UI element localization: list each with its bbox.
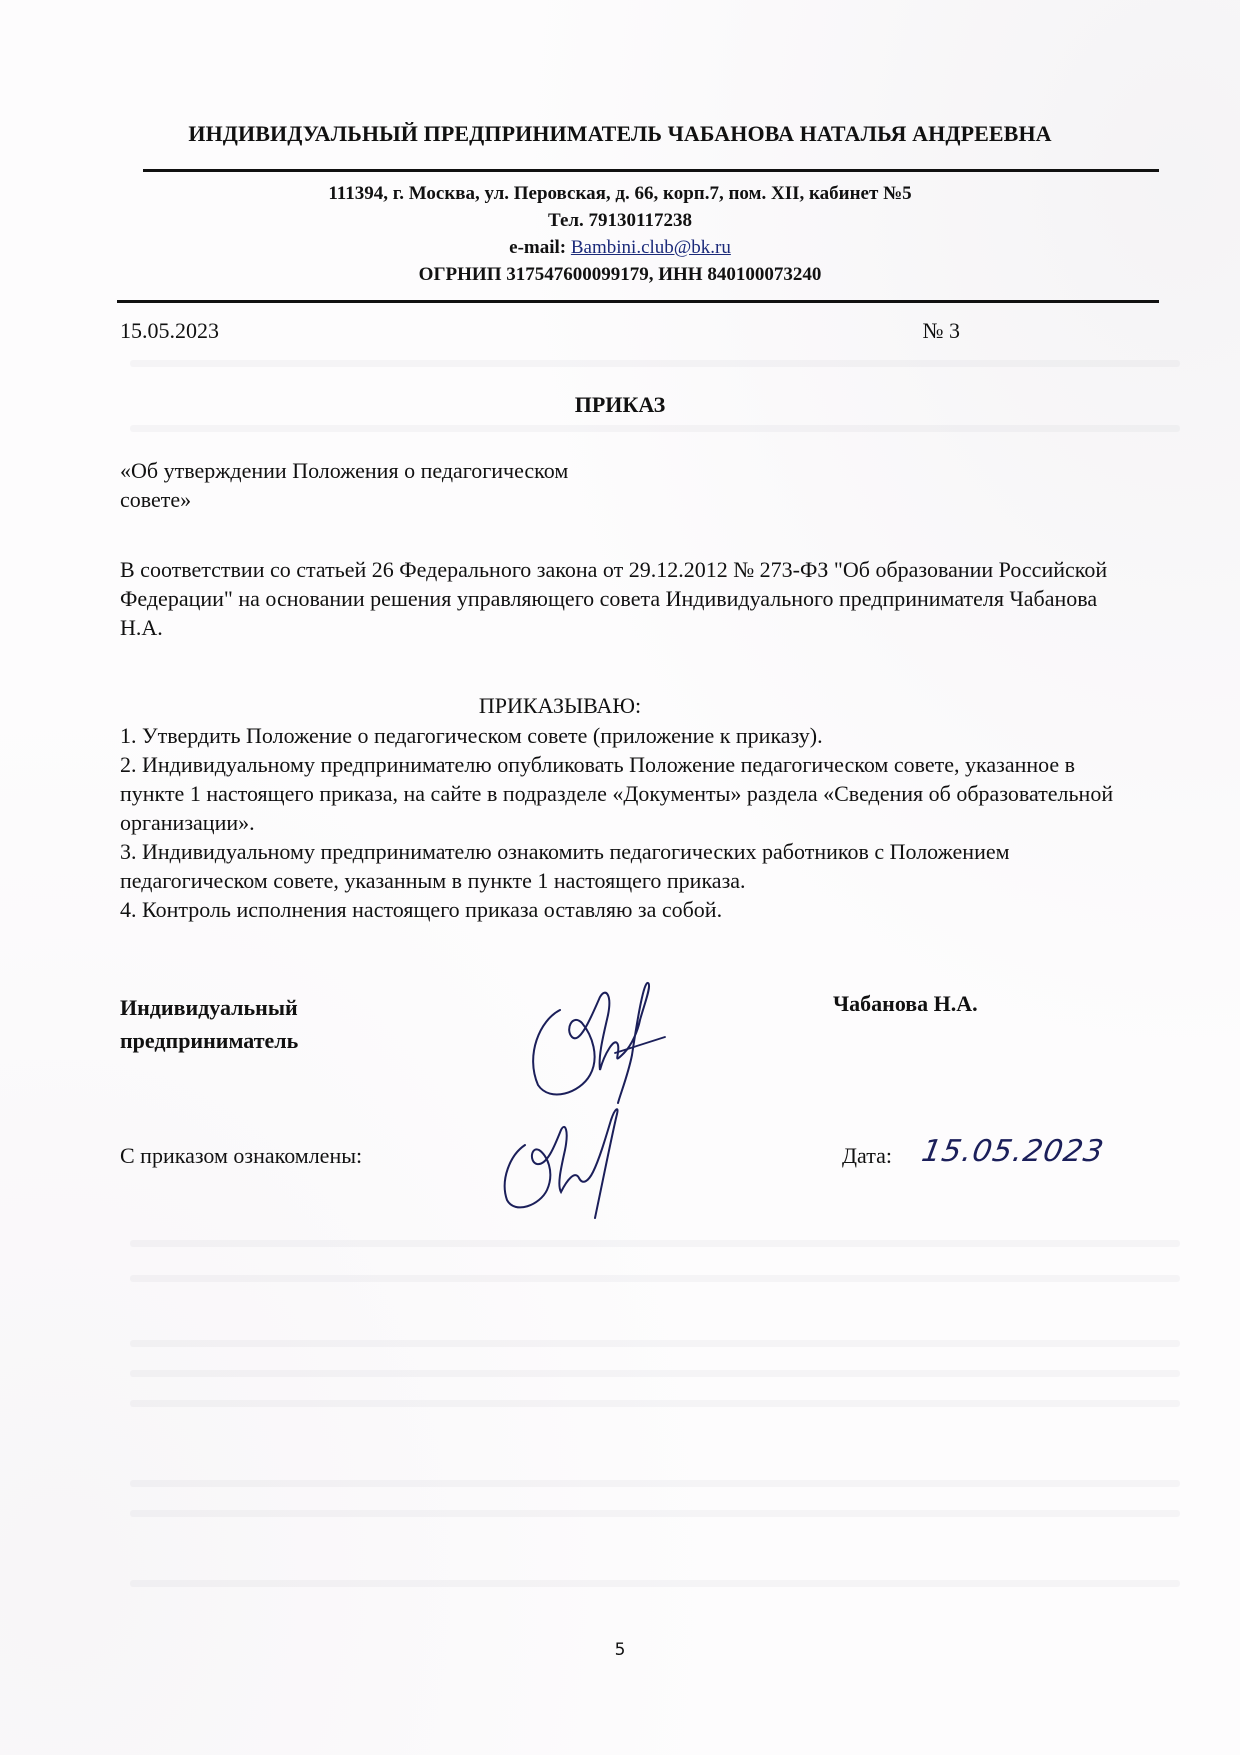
- handwritten-signature: [520, 975, 670, 1105]
- letterhead-details: 111394, г. Москва, ул. Перовская, д. 66,…: [0, 180, 1240, 288]
- email-label: e-mail:: [509, 237, 571, 258]
- document-date: 15.05.2023: [120, 318, 219, 344]
- preamble-paragraph: В соответствии со статьей 26 Федеральног…: [120, 555, 1130, 642]
- document-subject: «Об утверждении Положения о педагогическ…: [120, 456, 740, 514]
- bleed-through-line: [130, 1240, 1180, 1247]
- subject-line: «Об утверждении Положения о педагогическ…: [120, 456, 740, 485]
- bleed-through-line: [130, 1400, 1180, 1407]
- registration-numbers: ОГРНИП 317547600099179, ИНН 840100073240: [0, 261, 1240, 288]
- header-divider-bottom: [117, 300, 1159, 303]
- organization-title: ИНДИВИДУАЛЬНЫЙ ПРЕДПРИНИМАТЕЛЬ ЧАБАНОВА …: [0, 121, 1240, 147]
- order-item: 4. Контроль исполнения настоящего приказ…: [120, 895, 1130, 924]
- role-line: предприниматель: [120, 1024, 298, 1057]
- bleed-through-line: [130, 1580, 1180, 1587]
- bleed-through-line: [130, 360, 1180, 367]
- order-item: 1. Утвердить Положение о педагогическом …: [120, 721, 1130, 750]
- role-line: Индивидуальный: [120, 991, 298, 1024]
- phone: Тел. 79130117238: [0, 207, 1240, 234]
- bleed-through-line: [130, 1275, 1180, 1282]
- document-number: № 3: [923, 318, 961, 344]
- order-item: 3. Индивидуальному предпринимателю ознак…: [120, 837, 1130, 895]
- bleed-through-line: [130, 1480, 1180, 1487]
- document-page: ИНДИВИДУАЛЬНЫЙ ПРЕДПРИНИМАТЕЛЬ ЧАБАНОВА …: [0, 0, 1240, 1755]
- signatory-name: Чабанова Н.А.: [833, 991, 978, 1017]
- page-number: 5: [0, 1640, 1240, 1660]
- handwritten-signature: [495, 1100, 625, 1220]
- address: 111394, г. Москва, ул. Перовская, д. 66,…: [0, 180, 1240, 207]
- bleed-through-line: [130, 1370, 1180, 1377]
- subject-line: совете»: [120, 485, 740, 514]
- bleed-through-line: [130, 1510, 1180, 1517]
- date-label: Дата:: [842, 1143, 892, 1169]
- document-meta: 15.05.2023 № 3: [120, 318, 960, 344]
- bleed-through-line: [130, 425, 1180, 432]
- header-divider-top: [143, 169, 1159, 172]
- acknowledged-label: С приказом ознакомлены:: [120, 1143, 362, 1169]
- order-items: 1. Утвердить Положение о педагогическом …: [120, 721, 1130, 924]
- order-heading: ПРИКАЗЫВАЮ:: [0, 693, 1120, 719]
- email-link[interactable]: Bambini.club@bk.ru: [571, 237, 731, 258]
- order-item: 2. Индивидуальному предпринимателю опубл…: [120, 750, 1130, 837]
- bleed-through-line: [130, 1340, 1180, 1347]
- handwritten-date: 15.05.2023: [919, 1134, 1107, 1169]
- document-title: ПРИКАЗ: [0, 392, 1240, 418]
- signatory-role: Индивидуальный предприниматель: [120, 991, 298, 1057]
- email-line: e-mail: Bambini.club@bk.ru: [0, 234, 1240, 261]
